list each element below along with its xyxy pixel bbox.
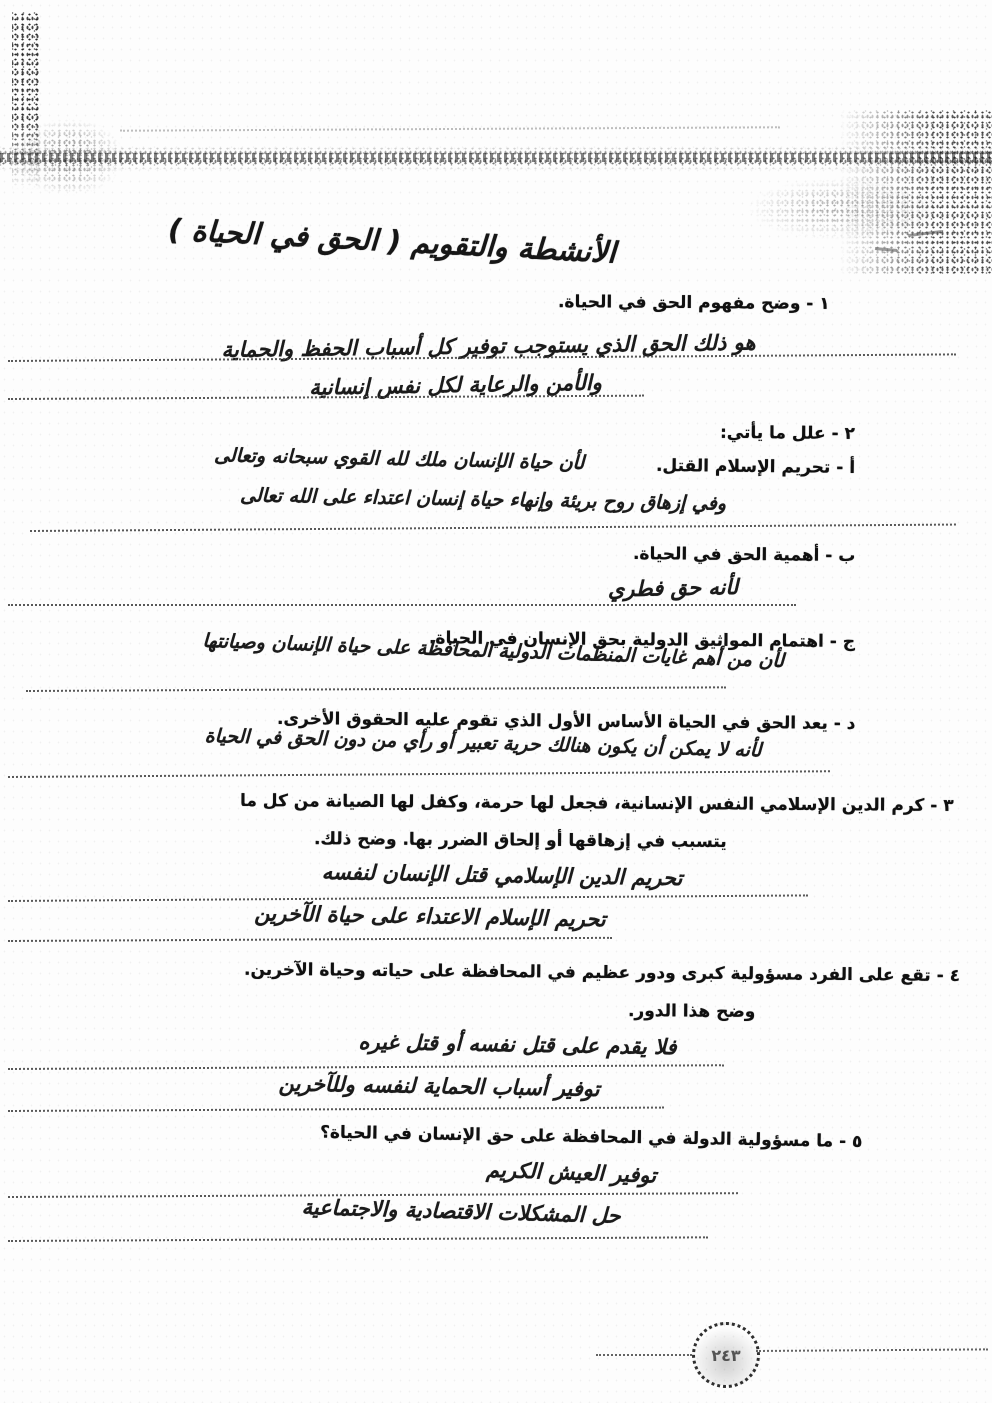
question-2a-answer-line-1: لأن حياة الإنسان ملك لله القوي سبحانه وت… xyxy=(214,444,585,474)
question-3-text-line-2: يتسبب في إزهاقها أو إلحاق الضرر بها. وضح… xyxy=(314,829,727,852)
page-number: ٢٤٣ xyxy=(711,1346,740,1365)
page-title: الأنشطة والتقويم ( الحق في الحياة ) xyxy=(167,212,616,269)
answer-dotted-line xyxy=(8,770,830,778)
answer-dotted-line xyxy=(30,524,956,532)
scan-artifact-squiggle xyxy=(908,230,942,237)
question-2a-answer-line-2: وفي إزهاق روح بريئة وإنهاء حياة إنسان اع… xyxy=(58,481,908,518)
scan-artifact-band-core xyxy=(0,153,992,162)
scan-artifact-right-blob xyxy=(832,110,992,275)
question-4-answer-line-2: توفير أسباب الحماية لنفسه وللآخرين xyxy=(224,1070,654,1102)
answer-dotted-line xyxy=(8,894,808,902)
answer-dotted-line xyxy=(26,686,726,692)
scan-artifact-left-foot xyxy=(14,118,124,196)
question-5-answer-line-2: حل المشكلات الاقتصادية والاجتماعية xyxy=(226,1193,696,1230)
question-2-text: ٢ - علل ما يأتي: xyxy=(720,423,855,444)
page-number-rule-left xyxy=(596,1354,692,1356)
question-5-text: ٥ - ما مسؤولية الدولة في المحافظة على حق… xyxy=(320,1123,863,1152)
scan-artifact-dotted-rule xyxy=(120,126,780,131)
question-2a-text: أ - تحريم الإسلام القتل. xyxy=(656,456,855,478)
question-4-answer-line-1: فلا يقدم على قتل نفسه أو قتل غيره xyxy=(320,1029,715,1060)
scan-artifact-right-marks xyxy=(747,178,937,240)
answer-dotted-line xyxy=(8,1107,664,1112)
answer-dotted-line xyxy=(8,937,612,942)
scanned-workbook-page: الأنشطة والتقويم ( الحق في الحياة ) ١ - … xyxy=(0,0,992,1403)
question-2b-answer: لأنه حق فطري xyxy=(548,574,798,602)
question-2b-text: ب - أهمية الحق في الحياة. xyxy=(633,544,856,566)
question-4-text-line-1: ٤ - تقع على الفرد مسؤولية كبرى ودور عظيم… xyxy=(244,960,960,986)
question-5-answer-line-1: توفير العيش الكريم xyxy=(416,1155,727,1190)
answer-dotted-line xyxy=(8,1064,724,1070)
answer-dotted-line xyxy=(8,604,796,606)
answer-dotted-line xyxy=(8,1236,708,1242)
question-4-text-line-2: وضح هذا الدور. xyxy=(628,1001,755,1022)
page-number-ornament: ٢٤٣ xyxy=(692,1322,760,1388)
question-3-answer-line-1: تحريم الدين الإسلامي قتل الإنسان لنفسه xyxy=(222,858,782,892)
page-number-rule-right xyxy=(756,1348,988,1352)
scan-artifact-squiggle xyxy=(875,247,897,252)
question-3-text-line-1: ٣ - كرم الدين الإسلامي النفس الإنسانية، … xyxy=(240,791,954,816)
question-1-text: ١ - وضح مفهوم الحق في الحياة. xyxy=(558,292,830,314)
question-3-answer-line-2: تحريم الإسلام الاعتداء على حياة الآخرين xyxy=(220,901,640,932)
scan-artifact-band xyxy=(0,146,992,170)
scan-artifact-left-edge xyxy=(12,12,40,190)
